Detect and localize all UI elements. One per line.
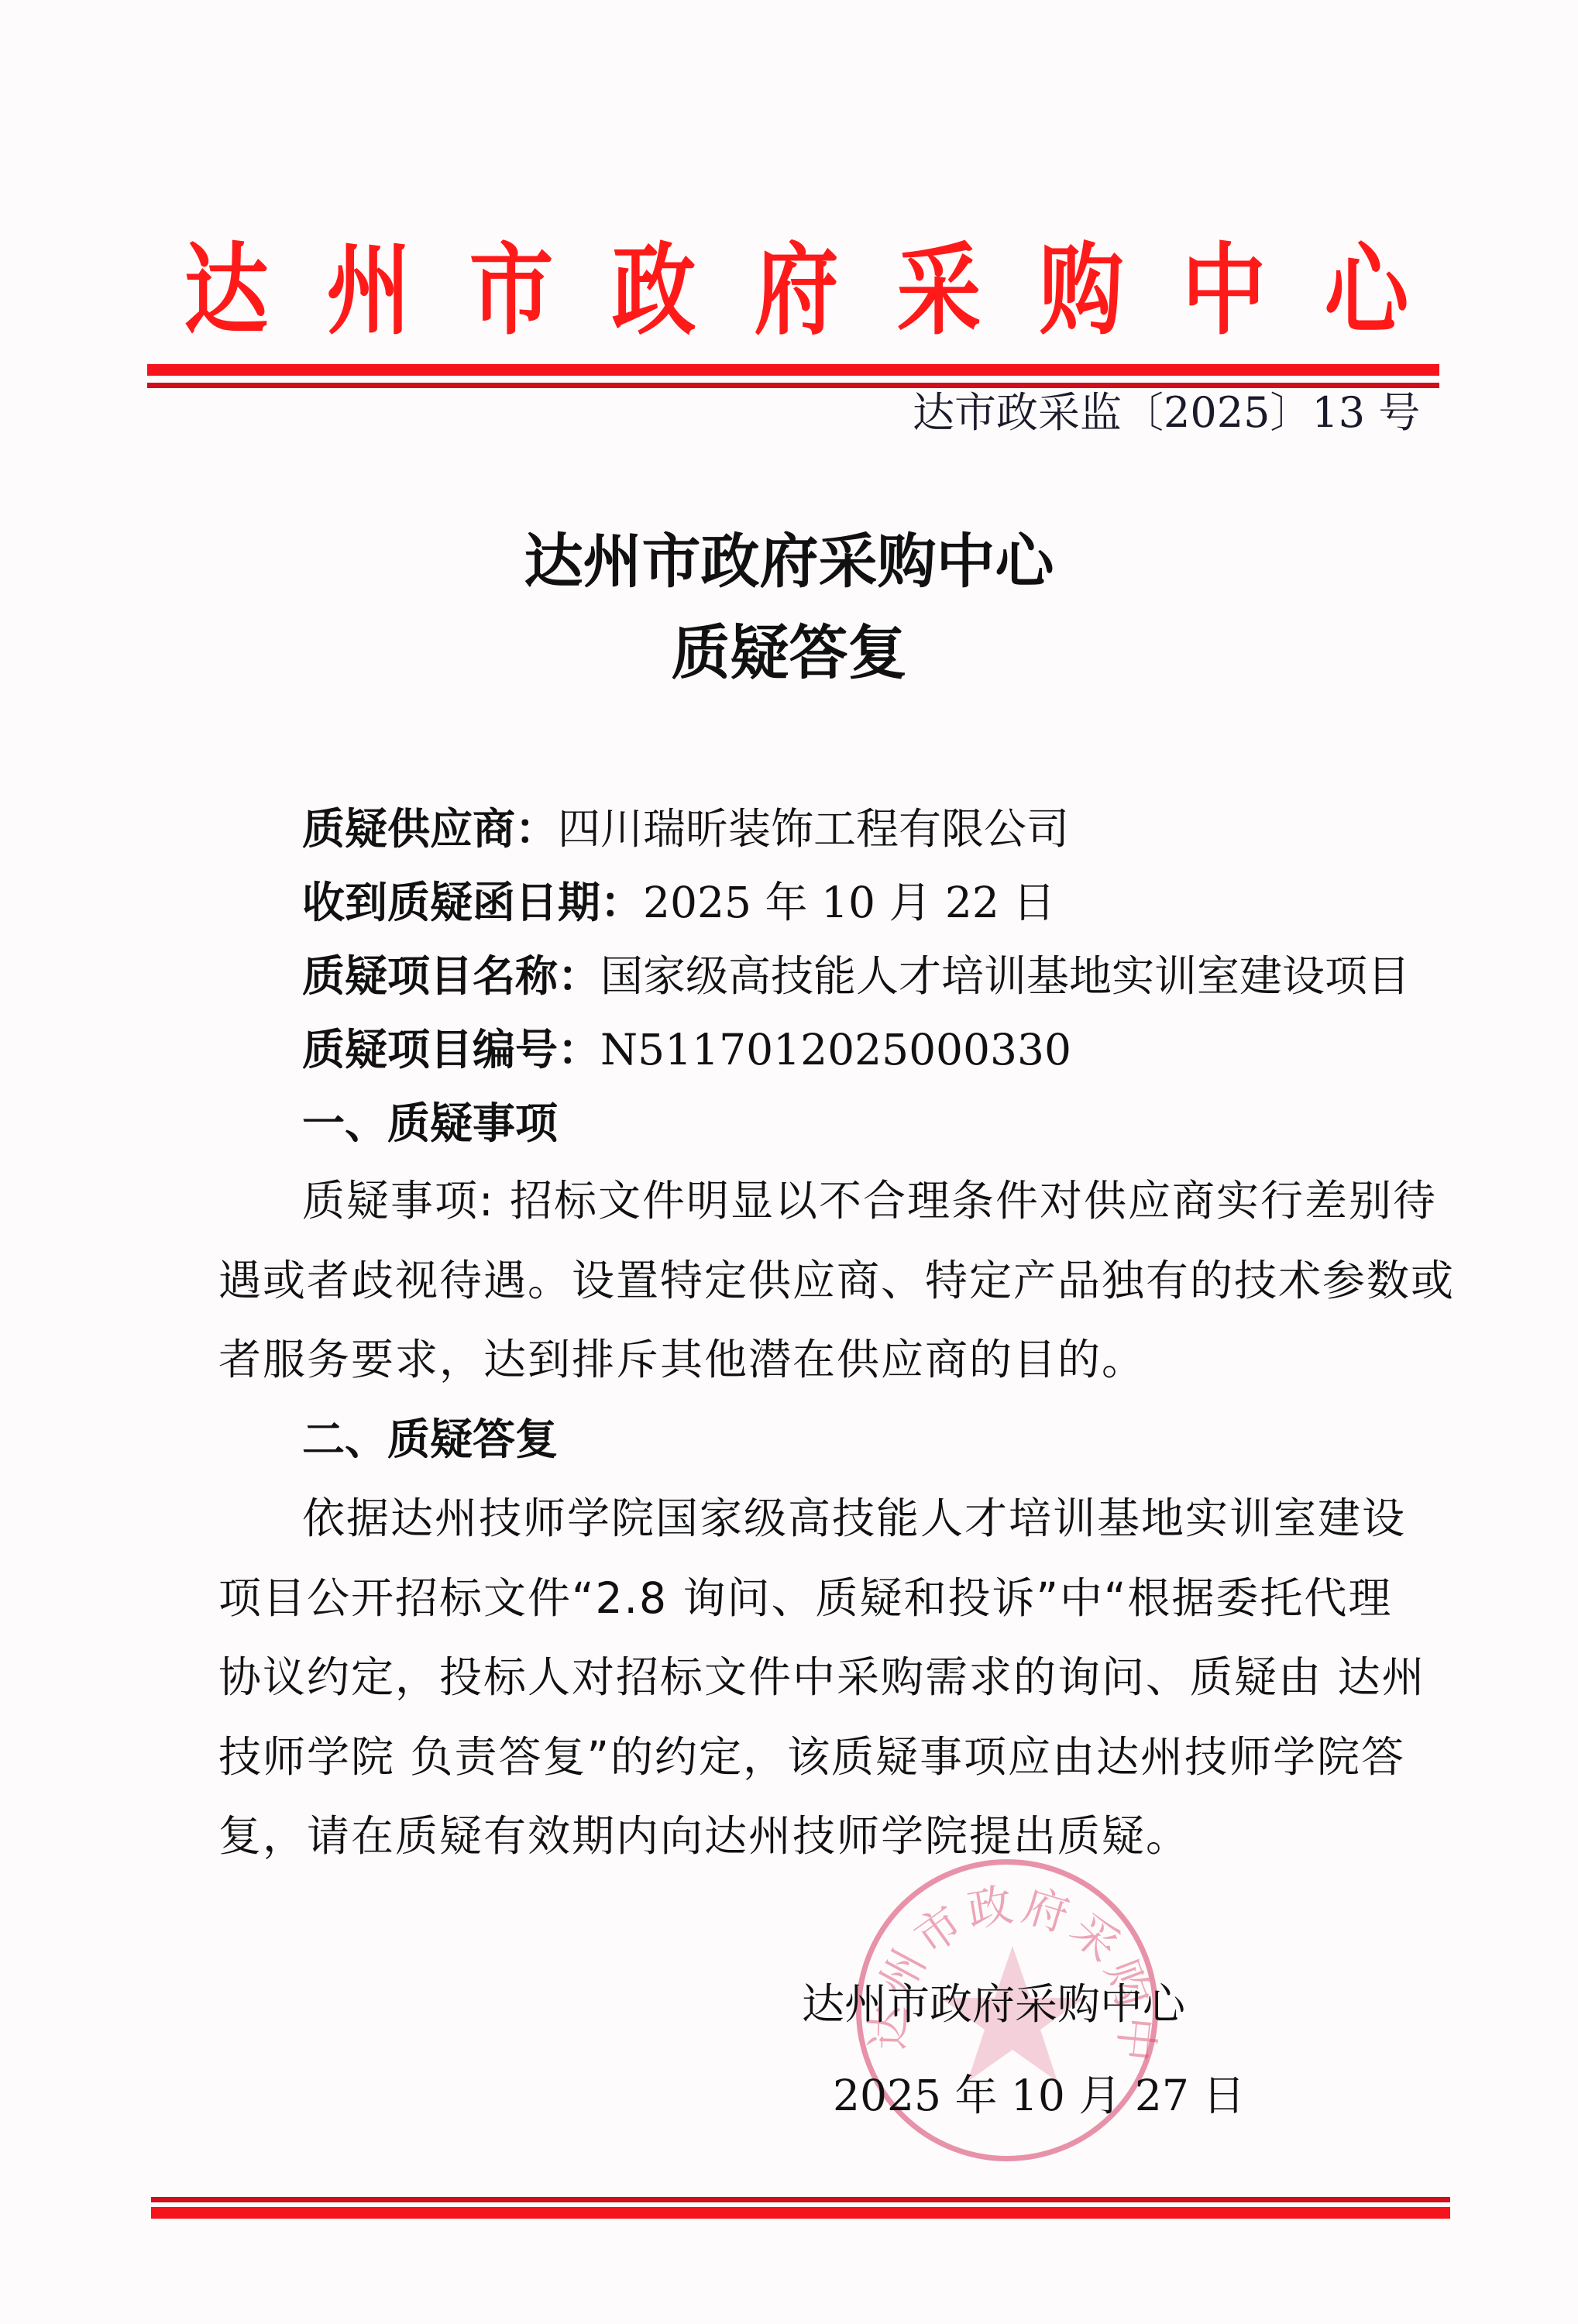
masthead-title: 达 州 市 政 府 采 购 中 心 bbox=[177, 232, 1416, 349]
paragraph-line: 项目公开招标文件“2.8 询问、质疑和投诉”中“根据委托代理 bbox=[218, 1571, 1392, 1625]
signature-date: 2025 年 10 月 27 日 bbox=[833, 2068, 1245, 2123]
footer-rule-thin bbox=[151, 2197, 1450, 2202]
masthead-char: 达 bbox=[184, 232, 269, 349]
masthead-rule-thick bbox=[147, 364, 1439, 376]
paragraph-line: 质疑事项: 招标文件明显以不合理条件对供应商实行差别待 bbox=[302, 1174, 1437, 1228]
paragraph-line: 技师学院 负责答复”的约定，该质疑事项应由达州技师学院答 bbox=[218, 1730, 1405, 1784]
field-project-name: 质疑项目名称：国家级高技能人才培训基地实训室建设项目 bbox=[302, 949, 1410, 1003]
field-label: 质疑项目编号： bbox=[302, 1025, 600, 1074]
field-supplier: 质疑供应商：四川瑞昕装饰工程有限公司 bbox=[302, 802, 1069, 856]
masthead-char: 购 bbox=[1040, 232, 1124, 349]
field-label: 质疑项目名称： bbox=[302, 951, 600, 1001]
section-heading-reply: 二、质疑答复 bbox=[302, 1412, 558, 1466]
field-value: 2025 年 10 月 22 日 bbox=[643, 878, 1055, 927]
paragraph-line: 协议约定，投标人对招标文件中采购需求的询问、质疑由 达州 bbox=[218, 1650, 1426, 1704]
field-value: 国家级高技能人才培训基地实训室建设项目 bbox=[600, 951, 1410, 1001]
masthead-char: 州 bbox=[327, 232, 411, 349]
field-label: 收到质疑函日期： bbox=[302, 878, 643, 927]
field-value: 四川瑞昕装饰工程有限公司 bbox=[558, 804, 1069, 854]
field-project-number: 质疑项目编号：N5117012025000330 bbox=[302, 1023, 1071, 1077]
paragraph-line: 依据达州技师学院国家级高技能人才培训基地实训室建设 bbox=[302, 1491, 1406, 1545]
masthead-char: 市 bbox=[469, 232, 554, 349]
document-number: 达市政采监〔2025〕13 号 bbox=[913, 387, 1420, 438]
masthead-char: 府 bbox=[755, 232, 839, 349]
masthead-char: 中 bbox=[1181, 232, 1266, 349]
footer-rule-thick bbox=[151, 2207, 1450, 2219]
masthead-char: 政 bbox=[612, 232, 696, 349]
masthead-char: 心 bbox=[1324, 232, 1408, 349]
paragraph-line: 遇或者歧视待遇。设置特定供应商、特定产品独有的技术参数或 bbox=[218, 1253, 1455, 1308]
signature-organization: 达州市政府采购中心 bbox=[802, 1977, 1185, 2031]
section-heading-issue: 一、质疑事项 bbox=[302, 1096, 558, 1150]
field-label: 质疑供应商： bbox=[302, 804, 558, 854]
masthead-char: 采 bbox=[897, 232, 982, 349]
field-received-date: 收到质疑函日期：2025 年 10 月 22 日 bbox=[302, 875, 1055, 930]
page-title: 达州市政府采购中心 bbox=[0, 527, 1578, 596]
document-page: 达 州 市 政 府 采 购 中 心 达市政采监〔2025〕13 号 达州市政府采… bbox=[0, 0, 1578, 2324]
paragraph-line: 者服务要求，达到排斥其他潜在供应商的目的。 bbox=[218, 1332, 1146, 1387]
page-subtitle: 质疑答复 bbox=[0, 618, 1578, 688]
field-value: N5117012025000330 bbox=[600, 1025, 1071, 1074]
paragraph-line: 复，请在质疑有效期内向达州技师学院提出质疑。 bbox=[218, 1809, 1190, 1863]
